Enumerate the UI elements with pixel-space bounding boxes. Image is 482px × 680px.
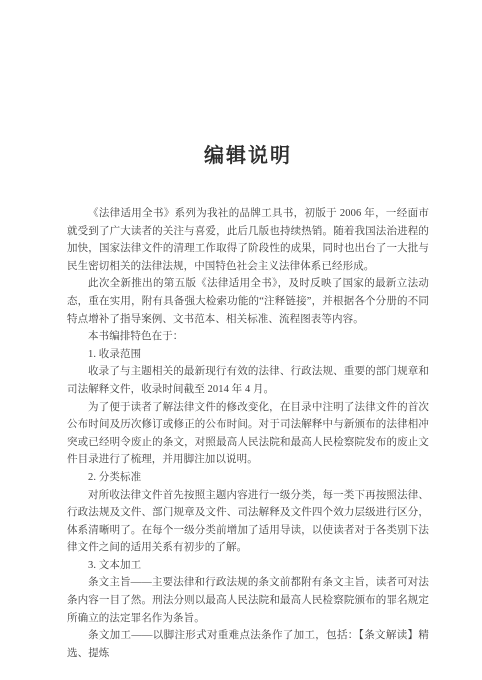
document-page: 编辑说明 《法律适用全书》系列为我社的品牌工具书，初版于 2006 年，一经面市… [0, 0, 482, 680]
paragraph-scope-2: 为了便于读者了解法律文件的修改变化，在目录中注明了法律文件的首次公布时间及历次修… [67, 399, 429, 469]
paragraph-text-1: 条文主旨——主要法律和行政法规的条文前都附有条文主旨，读者可对法条内容一目了然。… [67, 574, 429, 627]
paragraph-scope-1: 收录了与主题相关的最新现行有效的法律、行政法规、重要的部门规章和司法解释文件，收… [67, 363, 429, 398]
paragraph-lead: 本书编排特色在于： [67, 328, 429, 346]
body-text: 《法律适用全书》系列为我社的品牌工具书，初版于 2006 年，一经面市就受到了广… [67, 205, 429, 662]
paragraph-intro-2: 此次全新推出的第五版《法律适用全书》，及时反映了国家的最新立法动态，重在实用，附… [67, 275, 429, 328]
paragraph-intro-1: 《法律适用全书》系列为我社的品牌工具书，初版于 2006 年，一经面市就受到了广… [67, 205, 429, 275]
section-heading-1: 1. 收录范围 [67, 346, 429, 364]
paragraph-classify: 对所收法律文件首先按照主题内容进行一级分类，每一类下再按照法律、行政法规及文件、… [67, 487, 429, 557]
page-title: 编辑说明 [67, 143, 429, 169]
section-heading-2: 2. 分类标准 [67, 469, 429, 487]
paragraph-text-2: 条文加工——以脚注形式对重难点法条作了加工，包括：【条文解读】精选、提炼 [67, 627, 429, 662]
section-heading-3: 3. 文本加工 [67, 557, 429, 575]
